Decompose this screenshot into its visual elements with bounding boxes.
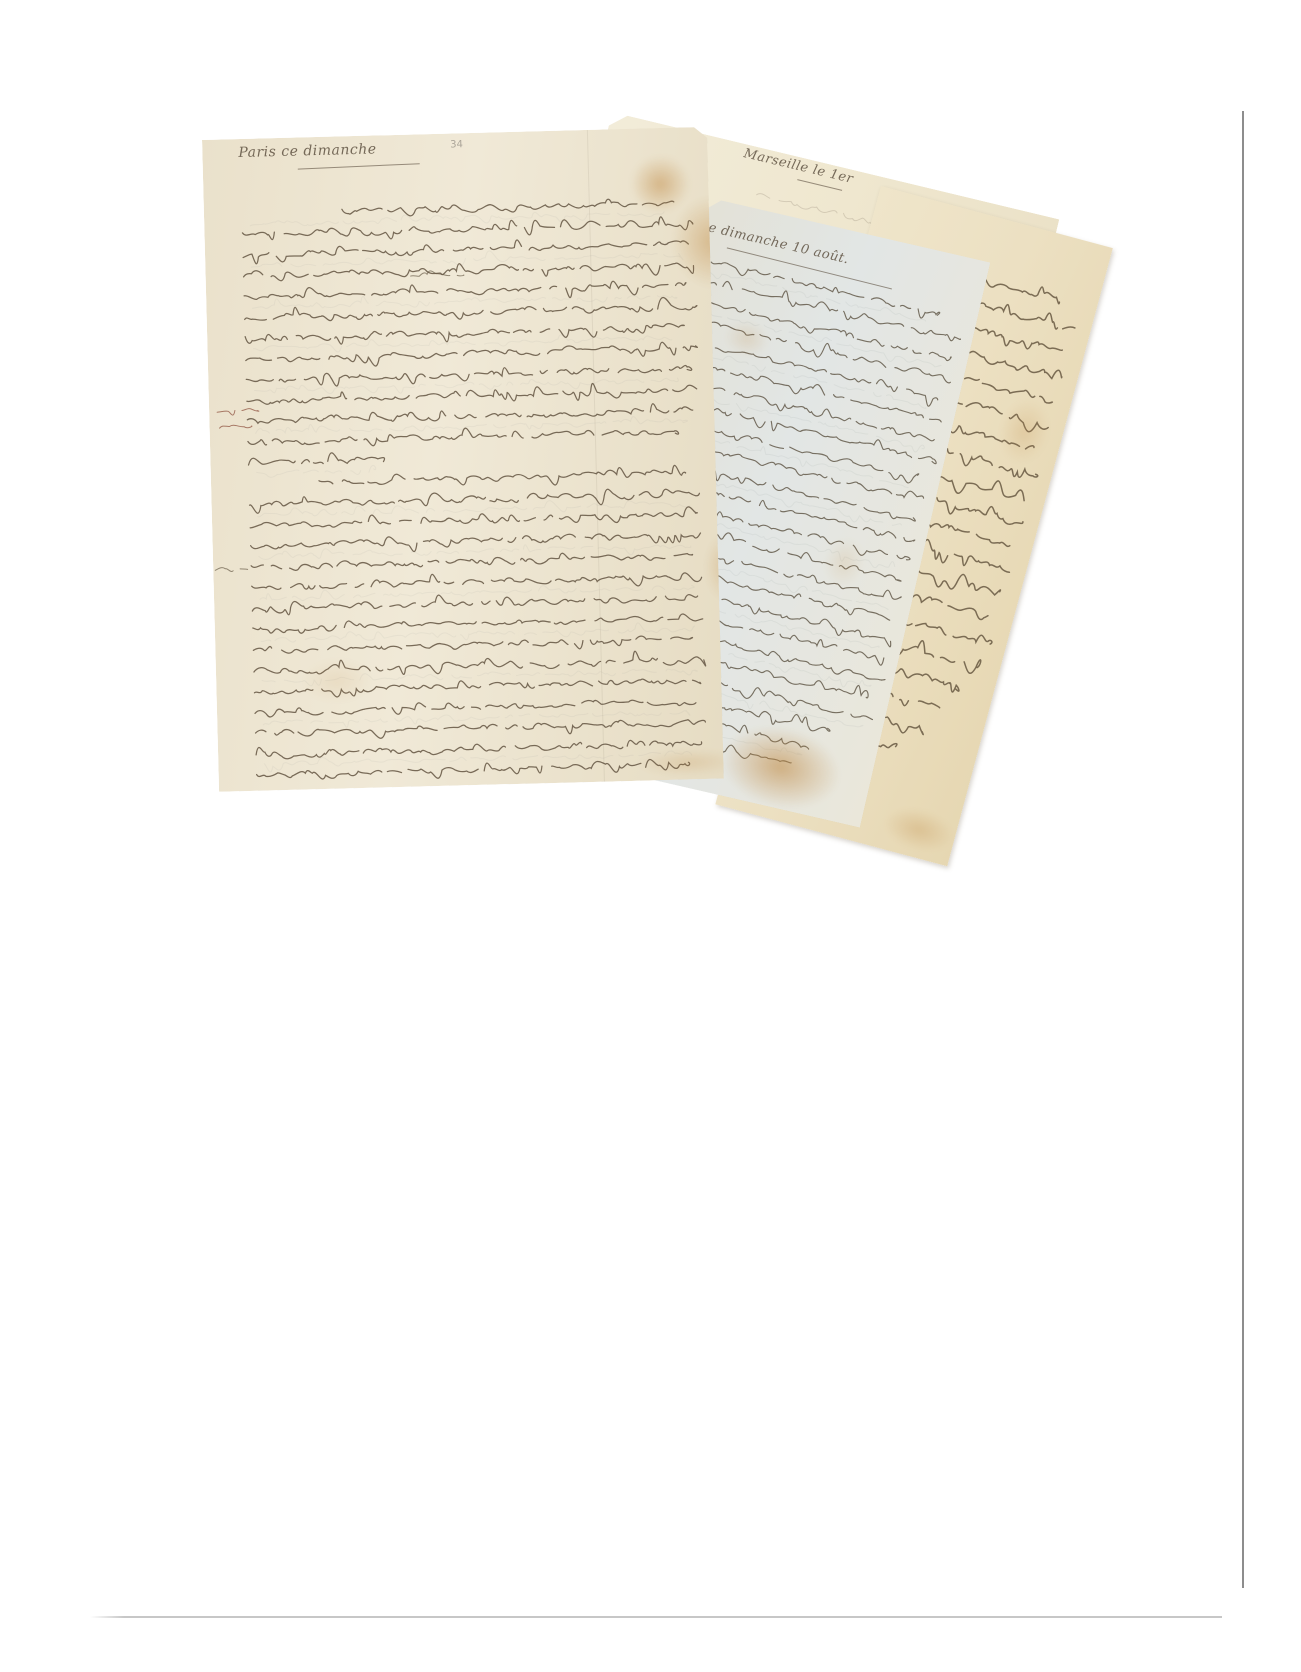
catalog-page: Marseille le 1er ce dimanche 10 août. Pa… [0, 0, 1301, 1672]
footer-divider-rule [90, 1616, 1222, 1618]
letters-photo: Marseille le 1er ce dimanche 10 août. Pa… [190, 100, 1130, 880]
page-number: 34 [450, 139, 463, 150]
letter-sheet-paris: Paris ce dimanche 34 [202, 127, 724, 792]
page-edge-rule-vertical [1242, 111, 1244, 1588]
